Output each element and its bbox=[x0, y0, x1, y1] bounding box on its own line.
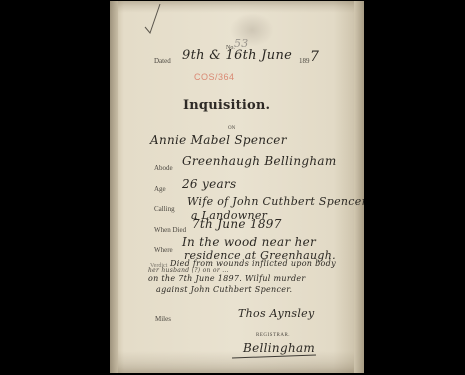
verdict-value-prefix: her husband (?) on or ... bbox=[148, 267, 229, 274]
registrar-place: Bellingham bbox=[243, 341, 315, 355]
document-title: Inquisition. bbox=[183, 98, 270, 113]
where-label: Where bbox=[154, 246, 173, 254]
inquest-document-page: No. 53 Dated 9th & 16th June 189 7 COS/3… bbox=[110, 1, 364, 373]
viewer-stage: No. 53 Dated 9th & 16th June 189 7 COS/3… bbox=[0, 0, 465, 375]
calling-value-line1: Wife of John Cuthbert Spencer bbox=[187, 195, 364, 208]
year-handwritten: 7 bbox=[310, 49, 319, 65]
paper-right-edge bbox=[354, 1, 364, 373]
dated-value: 9th & 16th June bbox=[182, 48, 292, 63]
check-mark-icon bbox=[142, 3, 162, 39]
archive-reference: COS/364 bbox=[194, 72, 235, 82]
verdict-value-line2: on the 7th June 1897. Wilful murder bbox=[148, 274, 306, 283]
signature-flourish bbox=[232, 355, 316, 359]
miles-label: Miles bbox=[155, 315, 171, 323]
age-value: 26 years bbox=[182, 177, 236, 191]
deceased-name: Annie Mabel Spencer bbox=[150, 133, 287, 147]
calling-label: Calling bbox=[154, 205, 175, 213]
when-died-label: When Died bbox=[154, 226, 186, 234]
age-label: Age bbox=[154, 185, 166, 193]
paper-left-edge bbox=[110, 1, 118, 373]
dated-label: Dated bbox=[154, 57, 171, 65]
registrar-label: Registrar. bbox=[256, 333, 290, 338]
on-label: ON bbox=[228, 126, 235, 131]
verdict-value-line3: against John Cuthbert Spencer. bbox=[156, 285, 292, 294]
abode-label: Abode bbox=[154, 164, 173, 172]
abode-value: Greenhaugh Bellingham bbox=[182, 154, 337, 168]
registrar-signature: Thos Aynsley bbox=[238, 307, 314, 320]
when-died-value: 7th June 1897 bbox=[192, 217, 282, 231]
where-value-line1: In the wood near her bbox=[182, 235, 316, 249]
year-printed: 189 bbox=[299, 57, 310, 65]
